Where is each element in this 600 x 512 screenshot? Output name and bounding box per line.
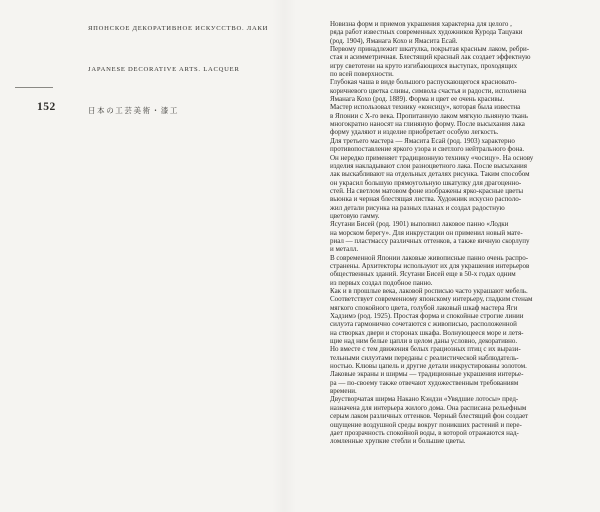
folio-rule xyxy=(15,87,53,88)
paragraph: Новизна форм и приемов украшения характе… xyxy=(330,20,560,45)
running-head-russian: ЯПОНСКОЕ ДЕКОРАТИВНОЕ ИСКУССТВО. ЛАКИ xyxy=(88,25,268,32)
running-head-japanese: 日本の工芸美術・漆工 xyxy=(88,105,179,116)
book-spread: ЯПОНСКОЕ ДЕКОРАТИВНОЕ ИСКУССТВО. ЛАКИ JA… xyxy=(0,0,600,512)
paragraph: Лаковые экраны и ширмы — традиционные ук… xyxy=(330,370,560,395)
paragraph: Ясутани Бисей (род. 1901) выполнил лаков… xyxy=(330,220,560,253)
paragraph: Мастер использовал технику «консицу», ко… xyxy=(330,103,560,136)
paragraph: В современной Японии лаковые живописные … xyxy=(330,254,560,287)
paragraph: Двустворчатая ширма Накано Кэндзи «Увядш… xyxy=(330,395,560,445)
paragraph: Первому принадлежит шкатулка, покрытая к… xyxy=(330,45,560,78)
page-gutter xyxy=(272,0,296,512)
paragraph: Глубокая чаша в виде большого распускающ… xyxy=(330,78,560,103)
running-head-english: JAPANESE DECORATIVE ARTS. LACQUER xyxy=(88,66,240,73)
paragraph: Для третьего мастера — Ямасита Есай (род… xyxy=(330,137,560,220)
paragraph: Как и в прошлые века, лаковой росписью ч… xyxy=(330,287,560,370)
page-number: 152 xyxy=(37,101,56,113)
right-page-text-column: Новизна форм и приемов украшения характе… xyxy=(330,20,560,446)
